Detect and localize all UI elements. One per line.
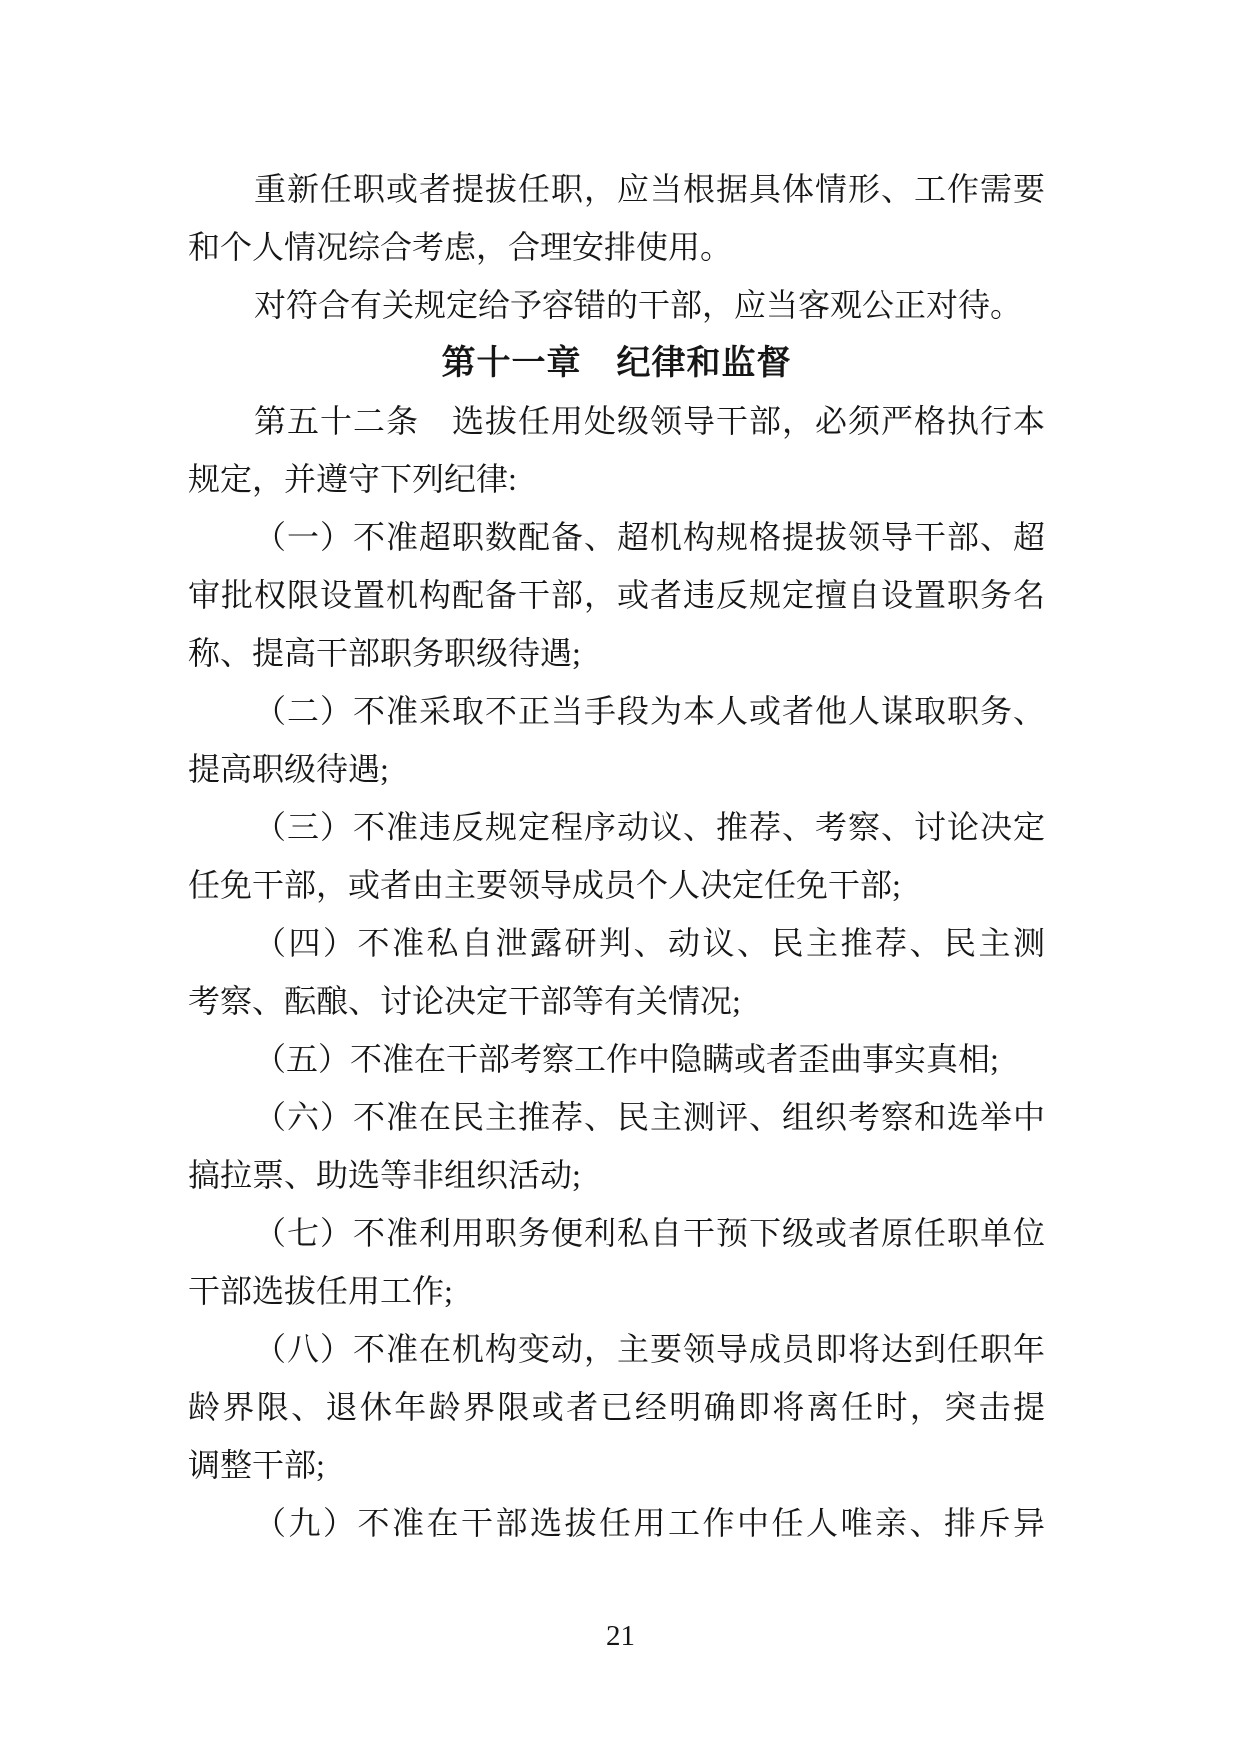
paragraph-line: 调整干部; [188,1436,1045,1494]
document-page: 重新任职或者提拔任职，应当根据具体情形、工作需要和个人情况综合考虑，合理安排使用… [0,0,1241,1754]
paragraph-line: （三）不准违反规定程序动议、推荐、考察、讨论决定 [188,798,1045,856]
chapter-heading: 第十一章 纪律和监督 [188,334,1045,392]
paragraph-line: （九）不准在干部选拔任用工作中任人唯亲、排斥异己、 [188,1494,1045,1552]
paragraph-line: 提高职级待遇; [188,740,1045,798]
paragraph-line: （一）不准超职数配备、超机构规格提拔领导干部、超 [188,508,1045,566]
paragraph-line: 和个人情况综合考虑，合理安排使用。 [188,218,1045,276]
paragraph-line: （六）不准在民主推荐、民主测评、组织考察和选举中 [188,1088,1045,1146]
paragraph-line: （二）不准采取不正当手段为本人或者他人谋取职务、 [188,682,1045,740]
paragraph-line: 对符合有关规定给予容错的干部，应当客观公正对待。 [188,276,1045,334]
paragraph-line: （四）不准私自泄露研判、动议、民主推荐、民主测评、 [188,914,1045,972]
paragraph-line: （五）不准在干部考察工作中隐瞒或者歪曲事实真相; [188,1030,1045,1088]
document-body: 重新任职或者提拔任职，应当根据具体情形、工作需要和个人情况综合考虑，合理安排使用… [188,160,1045,1552]
paragraph-line: 规定，并遵守下列纪律: [188,450,1045,508]
paragraph-line: 考察、酝酿、讨论决定干部等有关情况; [188,972,1045,1030]
page-number: 21 [0,1622,1241,1651]
paragraph-line: 审批权限设置机构配备干部，或者违反规定擅自设置职务名 [188,566,1045,624]
paragraph-line: 任免干部，或者由主要领导成员个人决定任免干部; [188,856,1045,914]
paragraph-line: 称、提高干部职务职级待遇; [188,624,1045,682]
paragraph-line: 重新任职或者提拔任职，应当根据具体情形、工作需要 [188,160,1045,218]
paragraph-line: （八）不准在机构变动，主要领导成员即将达到任职年 [188,1320,1045,1378]
paragraph-line: 龄界限、退休年龄界限或者已经明确即将离任时，突击提拔、 [188,1378,1045,1436]
paragraph-line: 搞拉票、助选等非组织活动; [188,1146,1045,1204]
paragraph-line: （七）不准利用职务便利私自干预下级或者原任职单位 [188,1204,1045,1262]
paragraph-line: 干部选拔任用工作; [188,1262,1045,1320]
paragraph-line: 第五十二条 选拔任用处级领导干部，必须严格执行本 [188,392,1045,450]
